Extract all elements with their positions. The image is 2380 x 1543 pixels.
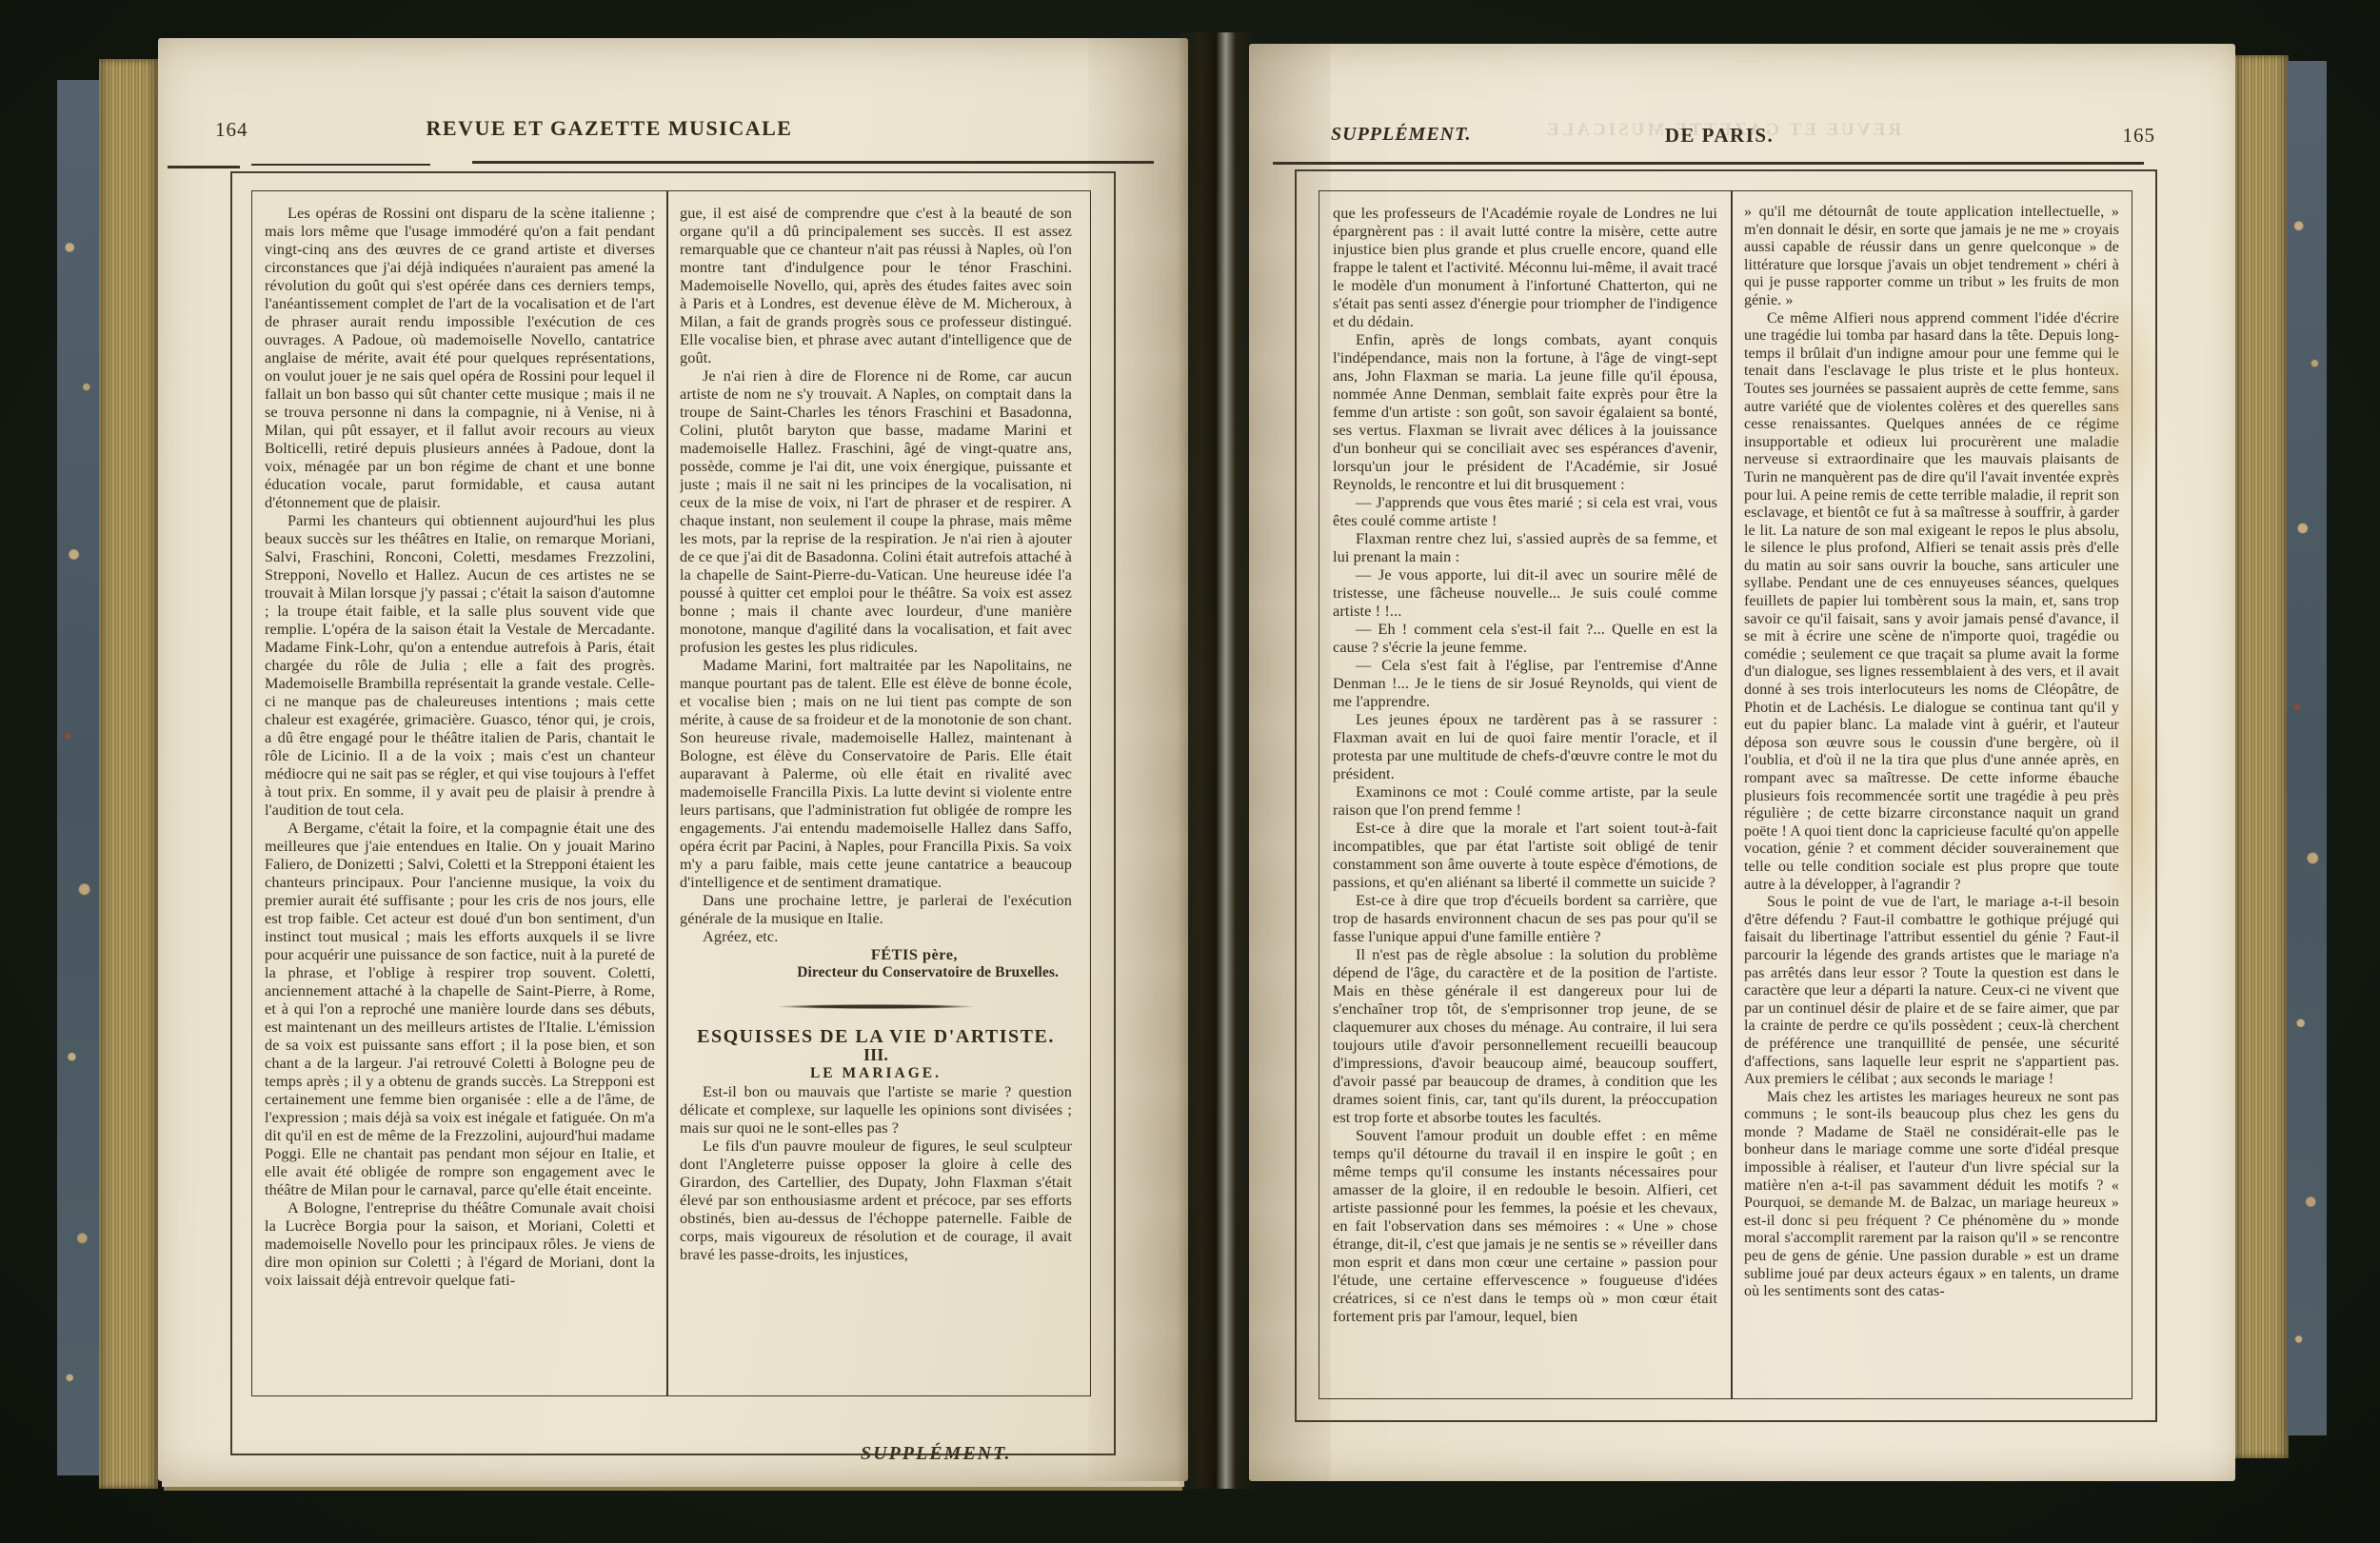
journal-title: REVUE ET GAZETTE MUSICALE [426,116,793,141]
left-page-column-1: Les opéras de Rossini ont disparu de la … [265,204,655,1384]
left-page: 164 REVUE ET GAZETTE MUSICALE Les opéras… [158,38,1188,1481]
right-page-number: 165 [2106,124,2155,148]
footer-catchword: SUPPLÉMENT. [861,1443,1012,1465]
paragraph: gue, il est aisé de comprendre que c'est… [680,204,1072,366]
header-rule-segment [251,164,430,166]
book-spread-photo: 164 REVUE ET GAZETTE MUSICALE Les opéras… [0,0,2380,1543]
left-page-number: 164 [215,118,248,142]
paragraph: Sous le point de vue de l'art, le mariag… [1744,894,2119,1089]
foxing-stain [2077,291,2163,501]
column-divider [1731,190,1733,1398]
journal-title-suffix: DE PARIS. [1665,124,1775,148]
paragraph: Il n'est pas de règle absolue : la solut… [1333,945,1717,1126]
paragraph: Agréez, etc. [680,927,1072,945]
foxing-stain [2101,653,2168,958]
paragraph: Je n'ai rien à dire de Florence ni de Ro… [680,366,1072,656]
article-chapter-number: III. [680,1046,1072,1064]
right-marbled-board [2287,61,2327,1435]
paragraph: Madame Marini, fort maltraitée par les N… [680,656,1072,891]
signature-name: FÉTIS père, [680,945,1072,963]
supplement-label: SUPPLÉMENT. [1331,124,1472,146]
header-rule-segment [168,166,240,168]
left-marbled-board [57,80,99,1475]
paragraph: — Je vous apporte, lui dit-il avec un so… [1333,565,1717,620]
paragraph: — J'apprends que vous êtes marié ; si ce… [1333,493,1717,529]
paragraph: Est-il bon ou mauvais que l'artiste se m… [680,1082,1072,1137]
paragraph: A Bergame, c'était la foire, et la compa… [265,819,655,1198]
paragraph: Enfin, après de longs combats, ayant con… [1333,330,1717,493]
column-divider [666,190,668,1395]
signature-title: Directeur du Conservatoire de Bruxelles. [680,963,1072,981]
paragraph: Souvent l'amour produit un double effet … [1333,1126,1717,1325]
paragraph: Dans une prochaine lettre, je parlerai d… [680,891,1072,927]
paragraph: Le fils d'un pauvre mouleur de figures, … [680,1137,1072,1263]
right-page-fore-edges [2235,55,2289,1458]
article-series-title: ESQUISSES DE LA VIE D'ARTISTE. [680,1028,1072,1046]
swelled-rule-ornament [776,1004,976,1009]
paragraph: Examinons ce mot : Coulé comme artiste, … [1333,782,1717,819]
header-rule [472,161,1154,164]
paragraph: Les opéras de Rossini ont disparu de la … [265,204,655,511]
paragraph: A Bologne, l'entreprise du théâtre Comun… [265,1198,655,1289]
paragraph: Ce même Alfieri nous apprend comment l'i… [1744,310,2119,895]
header-rule [1273,162,2144,165]
paragraph: Flaxman rentre chez lui, s'assied auprès… [1333,529,1717,565]
article-chapter-title: LE MARIAGE. [680,1064,1072,1082]
paragraph: Les jeunes époux ne tardèrent pas à se r… [1333,710,1717,782]
foxing-stain [1782,1167,1915,1253]
left-page-column-2: gue, il est aisé de comprendre que c'est… [680,204,1072,1384]
book-gutter-shadow [1177,32,1259,1489]
paragraph: que les professeurs de l'Académie royale… [1333,204,1717,330]
left-page-fore-edges [99,59,158,1489]
paragraph: Parmi les chanteurs qui obtiennent aujou… [265,511,655,819]
paragraph: Est-ce à dire que trop d'écueils bordent… [1333,891,1717,945]
paragraph: » qu'il me détournât de toute applicatio… [1744,204,2119,310]
right-page: REVUE ET GAZETTE MUSICALE SUPPLÉMENT. DE… [1249,44,2235,1481]
right-page-column-1: que les professeurs de l'Académie royale… [1333,204,1717,1388]
paragraph: — Eh ! comment cela s'est-il fait ?... Q… [1333,620,1717,656]
paragraph: — Cela s'est fait à l'église, par l'entr… [1333,656,1717,710]
paragraph: Est-ce à dire que la morale et l'art soi… [1333,819,1717,891]
